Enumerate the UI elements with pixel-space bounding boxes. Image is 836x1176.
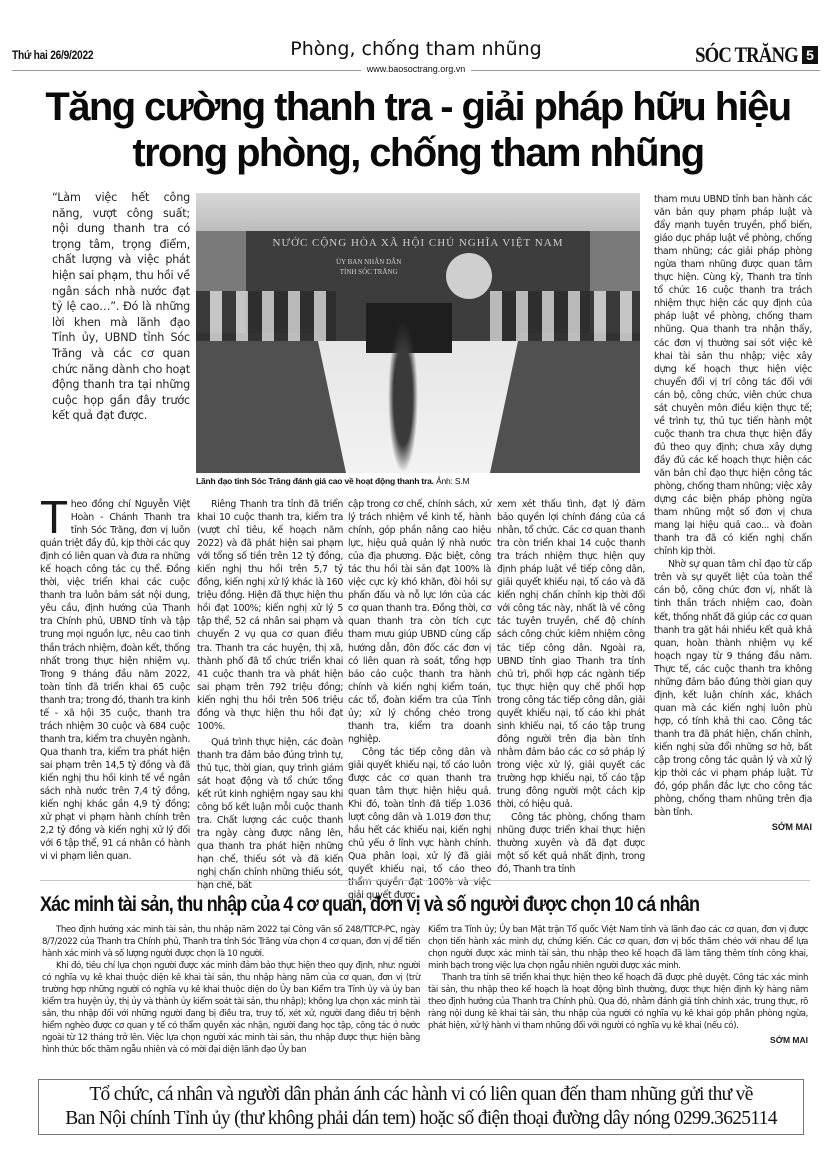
page-number: 5 [802, 46, 818, 64]
website-url-text[interactable]: www.baosoctrang.org.vn [361, 64, 472, 74]
article-column-1: Theo đồng chí Nguyễn Việt Hoàn - Chánh T… [40, 498, 190, 863]
column-2-paragraph-2: Quá trình thực hiện, các đoàn thanh tra … [197, 736, 343, 893]
photo-sign-line-1: ỦY BAN NHÂN DÂN [336, 258, 401, 266]
headline-line-1: Tăng cường thanh tra - giải pháp hữu hiệ… [45, 85, 790, 129]
second-article-column-left: Theo định hướng xác minh tài sản, thu nh… [42, 924, 420, 1056]
second-article-paragraph-2: Khi đó, tiêu chí lựa chọn người được xác… [42, 960, 420, 1056]
brand-name: SÓC TRĂNG [695, 42, 798, 68]
newspaper-brand: SÓC TRĂNG 5 [677, 42, 818, 68]
column-2-paragraph-1: Riêng Thanh tra tỉnh đã triển khai 10 cu… [197, 498, 343, 733]
second-article-headline: Xác minh tài sản, thu nhập của 4 cơ quan… [40, 893, 699, 917]
hotline-line-2: Ban Nội chính Tỉnh ủy (thư không phải dá… [45, 1107, 797, 1131]
photo-attendees-left [196, 291, 336, 341]
article-column-5: tham mưu UBND tỉnh ban hành các văn bản … [654, 193, 812, 834]
second-article-paragraph-4: Thanh tra tỉnh sẽ triển khai thực hiện t… [428, 972, 808, 1032]
article-byline: SỚM MAI [654, 821, 812, 834]
article-column-2: Riêng Thanh tra tỉnh đã triển khai 10 cu… [197, 498, 343, 892]
hotline-line-1: Tổ chức, cá nhân và người dân phản ánh c… [45, 1083, 797, 1107]
photo-plant [388, 321, 418, 473]
column-4-paragraph-1: xem xét thấu tình, đạt lý đảm bảo quyền … [497, 498, 645, 811]
hotline-notice-box: Tổ chức, cá nhân và người dân phản ánh c… [38, 1079, 804, 1135]
national-emblem-icon [446, 253, 492, 299]
photo-credit: Ảnh: S.M [436, 476, 469, 486]
drop-cap: T [40, 499, 68, 535]
article-lead: “Làm việc hết công năng, vượt công suất;… [52, 190, 190, 424]
article-column-4: xem xét thấu tình, đạt lý đảm bảo quyền … [497, 498, 645, 876]
photo-ceiling [196, 193, 640, 231]
second-article-paragraph-1: Theo định hướng xác minh tài sản, thu nh… [42, 924, 420, 960]
photo-caption: Lãnh đạo tỉnh Sóc Trăng đánh giá cao về … [196, 476, 469, 486]
article-column-3: cập trong cơ chế, chính sách, xử lý trác… [348, 498, 491, 902]
second-article-column-right: Kiểm tra Tỉnh ủy; Ủy ban Mặt trận Tổ quố… [428, 924, 808, 1046]
column-1-paragraph-1: Theo đồng chí Nguyễn Việt Hoàn - Chánh T… [40, 498, 190, 863]
column-5-paragraph-1: tham mưu UBND tỉnh ban hành các văn bản … [654, 193, 812, 558]
column-3-paragraph-1: cập trong cơ chế, chính sách, xử lý trác… [348, 498, 491, 746]
column-4-paragraph-2: Công tác phòng, chống tham nhũng được tr… [497, 811, 645, 876]
column-5-paragraph-2: Nhờ sự quan tâm chỉ đạo từ cấp trên và s… [654, 558, 812, 819]
headline-line-2: trong phòng, chống tham nhũng [132, 131, 703, 175]
article-headline: Tăng cường thanh tra - giải pháp hữu hiệ… [20, 84, 816, 176]
photo-caption-text: Lãnh đạo tỉnh Sóc Trăng đánh giá cao về … [196, 476, 434, 486]
photo-banner-text: NƯỚC CỘNG HÒA XÃ HỘI CHỦ NGHĨA VIỆT NAM [246, 237, 590, 249]
meeting-photo: NƯỚC CỘNG HÒA XÃ HỘI CHỦ NGHĨA VIỆT NAM … [196, 193, 640, 473]
masthead: Thứ hai 26/9/2022 Phòng, chống tham nhũn… [12, 36, 820, 78]
photo-sign-line-2: TỈNH SÓC TRĂNG [340, 268, 398, 276]
article-divider [40, 880, 810, 881]
column-1-text: heo đồng chí Nguyễn Việt Hoàn - Chánh Th… [40, 499, 190, 862]
second-article-paragraph-3: Kiểm tra Tỉnh ủy; Ủy ban Mặt trận Tổ quố… [428, 924, 808, 972]
photo-attendees-right [490, 291, 640, 341]
photo-sign: ỦY BAN NHÂN DÂN TỈNH SÓC TRĂNG [336, 257, 401, 277]
second-article-byline: SỚM MAI [428, 1034, 808, 1046]
column-3-paragraph-2: Công tác tiếp công dân và giải quyết khi… [348, 746, 491, 903]
